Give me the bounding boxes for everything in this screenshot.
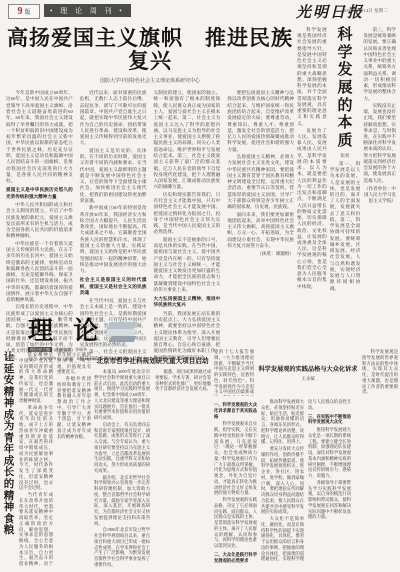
body-paragraph: 科学发展观来自实践、指导实践，又在实践中经受检验并不断丰富发展。马克思说过：“理… — [214, 421, 257, 496]
vertical-title-char: 让 — [2, 352, 16, 364]
body-subheading: 社会主义是爱国主义的时代旗帜，爱国主义是社会主义的民族灵魂 — [80, 277, 147, 296]
beijing-body: 本报讯 2009年度北京市哲学社会科学规划重大项目日前正式启动。此次启动的重大项… — [94, 369, 211, 569]
yanan-body: 延安精神是中国共产党在延安时期培育形成的伟大革命精神，是我们党的传家宝，也是激励… — [19, 352, 91, 568]
vertical-title-char: 长 — [2, 467, 16, 479]
essence-right-column: 第三，科学发展是统筹兼顾的发展。要正确认识和妥善处理中国特色社会主义事业中的重大… — [363, 27, 396, 334]
body-paragraph: 中华人民共和国的成立和社会主义制度的建立，开启了中华民族发展的新纪元，爱国主义焕… — [6, 202, 73, 240]
body-paragraph: 近代以来，面对深重的民族危机，无数仁人志士前仆后继、奋起抗争，谱写了可歌可泣的爱… — [80, 90, 147, 147]
beijing-headline: 北京市哲学社科规划研究重大项目启动 — [94, 355, 211, 365]
body-subheading: 一、科学发展观的大众化诉求源自于其实践品格 — [214, 402, 257, 419]
vertical-title-char: 的 — [338, 98, 353, 116]
vertical-title-char: 青 — [2, 433, 16, 445]
body-subheading: 三、在实践中不断推进科学发展观大众化 — [308, 414, 351, 426]
body-paragraph: 自1986年北京市设立哲学社会科学规划项目以来，重点项目和重大项目已形成一批标志… — [94, 527, 150, 567]
vertical-title-char: 成 — [2, 456, 16, 468]
body-paragraph: 据介绍，北京市哲学社会科学规划办公室将进一步完善科研管理机制，加大资助力度，整合… — [94, 475, 150, 527]
page-number: 9 — [17, 7, 22, 17]
vertical-title-char: 的 — [2, 479, 16, 491]
vertical-title-char: 质 — [338, 133, 353, 151]
practice-title-wrap: 科学发展观的实践品格与大众化诉求 王永斌 — [258, 349, 358, 396]
vertical-title-char: 食 — [2, 514, 16, 526]
body-paragraph: 延安精神是中国共产党在延安时期培育形成的伟大革命精神，是我们党的传家宝，也是激励… — [19, 352, 53, 404]
body-paragraph: 启动会上，有关负责同志和首席专家围绕项目设计、研究思路、成果形式等进行了深入交流… — [94, 422, 150, 474]
yanan-vertical-title: 让延安精神成为青年成长的精神食粮 — [2, 352, 16, 568]
beijing-article: 北京市哲学社科规划研究重大项目启动 本报讯 2009年度北京市哲学社会科学规划重… — [94, 355, 211, 569]
essence-author: 张析 — [340, 153, 349, 159]
body-paragraph: 历史和现实都告诉我们，只有社会主义才能救中国，只有中国特色社会主义才能发展中国。… — [154, 192, 221, 236]
vertical-title-char: 延 — [2, 364, 16, 376]
vertical-title-char: 成 — [2, 410, 16, 422]
body-paragraph: 科学发展观是我国经济社会发展的重要指导方针，是发展中国特色社会主义必须坚持和贯彻… — [297, 27, 327, 127]
article-endnote: （作者单位：中国人民大学马克思主义学院） — [363, 186, 396, 205]
vertical-title-char: 为 — [2, 421, 16, 433]
body-paragraph: 实践没有止境，发展也没有止境。我们要坚持解放思想、实事求是、与时俱进，在实践中不… — [363, 103, 396, 184]
page-number-label: 版 — [24, 7, 30, 16]
body-paragraph: 发展为了人民、发展依靠人民、发展成果由人民共享，是科学发展的本质要求。以人为本，… — [297, 128, 327, 290]
body-subheading: 爱国主义是中华民族历史悠久的光荣传统和强大精神力量 — [6, 187, 73, 200]
article-endnote: （执笔：课题组） — [227, 251, 294, 257]
body-paragraph: 中华民族是一个有着悠久爱国主义传统的伟大民族。在五千多年的历史长河中，爱国主义始… — [6, 241, 73, 304]
practice-body: 一、科学发展观的大众化诉求源自于其实践品格科学发展观来自实践、指导实践，又在实践… — [214, 399, 398, 567]
vertical-title-char: 发 — [338, 62, 353, 80]
body-paragraph: 要把弘扬爱国主义精神与弘扬以改革创新为核心的时代精神结合起来，与维护国家统一和民… — [227, 90, 294, 153]
body-paragraph: 第三，科学发展是统筹兼顾的发展。要正确认识和妥善处理中国特色社会主义事业中的重大… — [363, 27, 396, 102]
body-paragraph: 第一，科学发展是以人为本的发展。人是发展的主体，也是发展的目的。离开了人的全面发… — [330, 161, 361, 292]
essence-middle-column: 科学发展的本质 张析 第一，科学发展是以人为本的发展。人是发展的主体，也是发展的… — [330, 27, 361, 334]
body-paragraph: 今年是新中国成立60周年。这60年，是中国人民在中国共产党领导下高举爱国主义旗帜… — [6, 90, 73, 184]
lead-article: 高扬爱国主义旗帜 推进民族复兴 国防大学中国特色社会主义理论体系研究中心 今年是… — [6, 27, 294, 362]
body-subheading: 大力弘扬爱国主义精神，推进中华民族伟大复兴 — [154, 296, 221, 309]
essence-article: 科学发展观是我国经济社会发展的重要指导方针，是发展中国特色社会主义必须坚持和贯彻… — [297, 27, 396, 334]
theory-masthead: 理 论 理论部主编 责任编辑：李瑞华 电话：67078979 电子邮箱：ll@g… — [28, 319, 138, 351]
practice-author: 王永斌 — [301, 376, 315, 382]
section-badge: • 理 论 周 刊 • — [44, 4, 131, 17]
body-paragraph: 科学发展观是指导发展的世界观和方法论的集中体现，实现其大众化，是时代提出的重大课… — [362, 349, 398, 395]
body-paragraph: 面向未来，我们要更加紧密地团结起来，高举中国特色社会主义伟大旗帜，高扬爱国主义旗… — [227, 212, 294, 250]
books-graphic-icon — [106, 319, 138, 343]
body-paragraph: 推进科学发展观大众化是一项长期的系统工程。要建立健全长效机制，加强理论队伍建设，… — [308, 427, 351, 479]
theory-title: 理 论 — [28, 318, 105, 345]
practice-first-column: 科学发展观是指导发展的世界观和方法论的集中体现，实现其大众化，是时代提出的重大课… — [362, 349, 398, 396]
body-paragraph: 推动科学发展观大众化，必须坚持贴近实际、贴近生活、贴近群众，用通俗易懂的语言、喜… — [261, 399, 304, 445]
body-paragraph: 当前，我国发展正站在新的历史起点上。大力弘扬爱国主义精神，就要坚持以中国特色社会… — [154, 311, 221, 361]
body-paragraph: 各级领导干部要带头学习实践科学发展观，以自身的模范行动影响和带动群众，使科学发展… — [308, 480, 351, 520]
vertical-title-char: 安 — [2, 375, 16, 387]
lead-headline: 高扬爱国主义旗帜 推进民族复兴 — [6, 27, 294, 73]
body-paragraph: 爱国主义不是抽象的口号，而是具体的实践。在当代中国，爱祖国与爱社会主义、爱中国共… — [154, 237, 221, 294]
vertical-title-char: 神 — [2, 398, 16, 410]
body-paragraph: 弘扬爱国主义精神，必须大力发展社会主义先进文化，建设中华民族共有精神家园。要把爱… — [227, 154, 294, 211]
practice-article: 党的十七大报告强调，“大力推进理论创新，不断赋予当代中国马克思主义鲜明的实践特色… — [214, 349, 398, 567]
body-paragraph: 各级共青团组织和教育工作者要把延安精神教育融入青年思想政治工作之中，引导广大青年… — [57, 376, 91, 439]
vertical-title-char: 学 — [338, 45, 353, 63]
vertical-title-char: 神 — [2, 502, 16, 514]
vertical-title-char: 本 — [338, 115, 353, 133]
body-subheading: 二、大众化是践行科学发展观的必然要求 — [214, 552, 257, 564]
essence-middle-text: 第一，科学发展是以人为本的发展。人是发展的主体，也是发展的目的。离开了人的全面发… — [330, 161, 361, 334]
body-paragraph: 据悉，项目成果将通过成果要报、学术专著、研讨会等多种形式转化推广，更好地服务于首… — [155, 369, 211, 392]
essence-left-column: 科学发展观是我国经济社会发展的重要指导方针，是发展中国特色社会主义必须坚持和贯彻… — [297, 27, 327, 334]
body-paragraph: 革命战争年代，延安是进步青年向往的圣地。成千上万的热血青年冲破重重封锁奔赴延安，… — [19, 405, 53, 491]
practice-header-row: 党的十七大报告强调，“大力推进理论创新，不断赋予当代中国马克思主义鲜明的实践特色… — [214, 349, 398, 396]
vertical-title-char: 粮 — [2, 525, 16, 537]
practice-intro-paragraph: 党的十七大报告强调，“大力推进理论创新，不断赋予当代中国马克思主义鲜明的实践特色… — [214, 349, 254, 396]
vertical-title-char: 科 — [338, 27, 353, 45]
vertical-title-char: 展 — [338, 80, 353, 98]
practice-headline: 科学发展观的实践品格与大众化诉求 — [259, 364, 358, 373]
body-paragraph: 新中国成立60年来特别是改革开放30年来，我国经济实力和综合国力大幅提升，人民生… — [80, 205, 147, 274]
lead-byline: 国防大学中国特色社会主义理论体系研究中心 — [6, 77, 294, 84]
body-paragraph: 科学发展观的实践品格，决定了它必须面向实践、面向群众。人民群众是实践的主体，是贯… — [214, 497, 257, 549]
body-paragraph: 要充分发挥大众传媒的作用，创新传播手段，拓展传播渠道，使科学发展观进机关、进企业… — [261, 446, 304, 515]
vertical-title-char: 精 — [2, 491, 16, 503]
yanan-article: 让延安精神成为青年成长的精神食粮 延安精神是中国共产党在延安时期培育形成的伟大革… — [2, 352, 91, 568]
dateline: 2009年7月14日 星期二 — [343, 8, 388, 14]
body-paragraph: 本报讯 2009年度北京市哲学社会科学规划重大项目日前正式启动。此次启动的重大项… — [94, 369, 150, 421]
page-number-box: 9 版 — [8, 4, 40, 19]
essence-vertical-title: 科学发展的本质 — [338, 27, 353, 151]
vertical-title-char: 精 — [2, 387, 16, 399]
vertical-title-char: 年 — [2, 444, 16, 456]
body-paragraph: 爱国主义是历史的、具体的。在不同的历史时期，爱国主义有着不同的内涵和要求。在当代… — [80, 148, 147, 205]
newspaper-page: 9 版 • 理 论 周 刊 • 光明日报 2009年7月14日 星期二 高扬爱国… — [0, 0, 400, 572]
